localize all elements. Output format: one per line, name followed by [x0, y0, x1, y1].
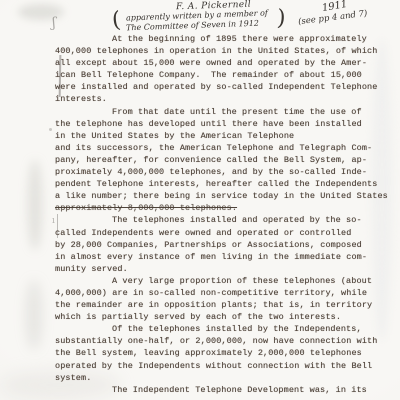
- typed-line: by 28,000 Companies, Partnerships or Ass…: [55, 239, 390, 251]
- typed-line: which is partially served by each of the…: [55, 311, 390, 323]
- typed-line: the telephone has developed until there …: [55, 118, 390, 130]
- typed-line: The telephones installed and operated by…: [55, 214, 390, 226]
- typed-line: the Bell system, leaving approximately 2…: [55, 347, 390, 359]
- typed-text-block: At the beginning of 1895 there were appr…: [55, 33, 390, 396]
- typed-line: the remainder are in opposition plants; …: [55, 299, 390, 311]
- typed-line: From that date until the present time th…: [55, 106, 390, 118]
- scan-smudge: [18, 4, 64, 20]
- typed-line: pany, hereafter, for convenience called …: [55, 154, 390, 166]
- typed-line: ican Bell Telephone Company. The remaind…: [55, 69, 390, 81]
- handwritten-parenthesis-right: ): [276, 6, 286, 32]
- typed-line: 4,000,000) are in so-called non-competit…: [55, 287, 390, 299]
- typed-line: in almost every instance of men living i…: [55, 251, 390, 263]
- typed-line: approximately 8,000,000 telephones.: [55, 202, 390, 214]
- scan-smudge: [28, 160, 42, 250]
- pencil-margin-squiggle: ʃ: [51, 15, 56, 31]
- typed-line: system.: [55, 372, 390, 384]
- handwritten-parenthesis-left: (: [111, 8, 122, 34]
- typed-line: and its successors, the American Telepho…: [55, 142, 390, 154]
- typed-line: munity served.: [55, 263, 390, 275]
- typed-line: were installed and operated by so-called…: [55, 81, 390, 93]
- typed-line: A very large proportion of these telepho…: [55, 275, 390, 287]
- typed-line: called Independents were owned and opera…: [55, 227, 390, 239]
- typed-line: operated by the Independents without con…: [55, 360, 390, 372]
- typed-line: Of the telephones installed by the Indep…: [55, 323, 390, 335]
- typed-line: proximately 4,000,000 telephones, and by…: [55, 166, 390, 178]
- typed-line: pendent Telephone interests, hereafter c…: [55, 178, 390, 190]
- typed-line: in the United States by the American Tel…: [55, 130, 390, 142]
- typed-line: At the beginning of 1895 there were appr…: [55, 33, 390, 45]
- typed-line: all except about 15,000 were owned and o…: [55, 57, 390, 69]
- typed-line: 400,000 telephones in operation in the U…: [55, 45, 390, 57]
- pencil-margin-dot: [49, 128, 52, 131]
- typed-line: The Independent Telephone Development wa…: [55, 384, 390, 396]
- scan-smudge: [26, 280, 42, 350]
- typed-line: substantially one-half, or 2,000,000, no…: [55, 335, 390, 347]
- typed-line: a like number; there being in service to…: [55, 190, 390, 202]
- document-scan-page: F. A. Pickernell ( apparently written by…: [0, 0, 400, 400]
- typed-line: interests.: [55, 93, 390, 105]
